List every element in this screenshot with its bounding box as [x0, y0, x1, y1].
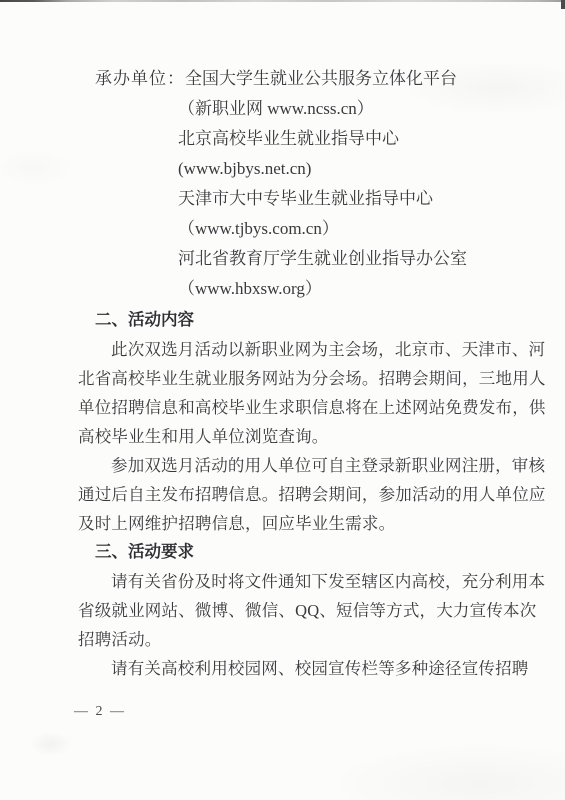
organizer-name-platform: 全国大学生就业公共服务立体化平台: [185, 69, 457, 88]
organizer-url-hbxsw: （www.hbxsw.org）: [78, 274, 533, 304]
text-line: 高校毕业生和用人单位浏览查询。: [78, 422, 533, 451]
text-line: 及时上网维护招聘信息，回应毕业生需求。: [78, 509, 533, 538]
section-activity-content: 二、活动内容 此次双选月活动以新职业网为主会场，北京市、天津市、河北省高校毕业生…: [78, 306, 533, 538]
organizer-url-tjbys: （www.tjbys.com.cn）: [78, 214, 533, 244]
scan-top-edge-artifact: [0, 0, 565, 2]
text-line: 参加双选月活动的用人单位可自主登录新职业网注册，审核: [78, 451, 533, 480]
organizer-line: 承办单位：全国大学生就业公共服务立体化平台: [78, 64, 533, 94]
paragraph-employer-registration: 参加双选月活动的用人单位可自主登录新职业网注册，审核通过后自主发布招聘信息。招聘…: [78, 451, 533, 538]
organizer-name-tianjin-center: 天津市大中专毕业生就业指导中心: [78, 184, 533, 214]
text-line: 请有关高校利用校园网、校园宣传栏等多种途径宣传招聘: [78, 654, 533, 683]
paragraph-university-publicity: 请有关高校利用校园网、校园宣传栏等多种途径宣传招聘: [78, 654, 533, 683]
page-number: — 2 —: [74, 704, 126, 720]
text-line: 北省高校毕业生就业服务网站为分会场。招聘会期间，三地用人: [78, 364, 533, 393]
organizer-label: 承办单位：: [95, 69, 185, 88]
paragraph-province-publicity: 请有关省份及时将文件通知下发至辖区内高校，充分利用本省级就业网站、微博、微信、Q…: [78, 567, 533, 654]
text-line: 通过后自主发布招聘信息。招聘会期间，参加活动的用人单位应: [78, 480, 533, 509]
paragraph-venues: 此次双选月活动以新职业网为主会场，北京市、天津市、河北省高校毕业生就业服务网站为…: [78, 335, 533, 451]
document-body: 承办单位：全国大学生就业公共服务立体化平台 （新职业网 www.ncss.cn）…: [78, 64, 533, 683]
scan-top-right-corner-mark: [561, 0, 565, 9]
section-activity-requirements: 三、活动要求 请有关省份及时将文件通知下发至辖区内高校，充分利用本省级就业网站、…: [78, 538, 533, 683]
organizer-url-ncss: （新职业网 www.ncss.cn）: [78, 94, 533, 124]
scanned-document-page: 承办单位：全国大学生就业公共服务立体化平台 （新职业网 www.ncss.cn）…: [0, 0, 565, 800]
organizer-name-beijing-center: 北京高校毕业生就业指导中心: [78, 124, 533, 154]
text-line: 请有关省份及时将文件通知下发至辖区内高校，充分利用本: [78, 567, 533, 596]
text-line: 此次双选月活动以新职业网为主会场，北京市、天津市、河: [78, 335, 533, 364]
text-line: 单位招聘信息和高校毕业生求职信息将在上述网站免费发布，供: [78, 393, 533, 422]
organizer-name-hebei-office: 河北省教育厅学生就业创业指导办公室: [78, 244, 533, 274]
text-line: 省级就业网站、微博、微信、QQ、短信等方式，大力宣传本次: [78, 596, 533, 625]
section-heading-activity-requirements: 三、活动要求: [78, 538, 533, 567]
organizer-url-bjbys: (www.bjbys.net.cn): [78, 154, 533, 184]
section-heading-activity-content: 二、活动内容: [78, 306, 533, 335]
organizer-block: 承办单位：全国大学生就业公共服务立体化平台 （新职业网 www.ncss.cn）…: [78, 64, 533, 304]
text-line: 招聘活动。: [78, 625, 533, 654]
